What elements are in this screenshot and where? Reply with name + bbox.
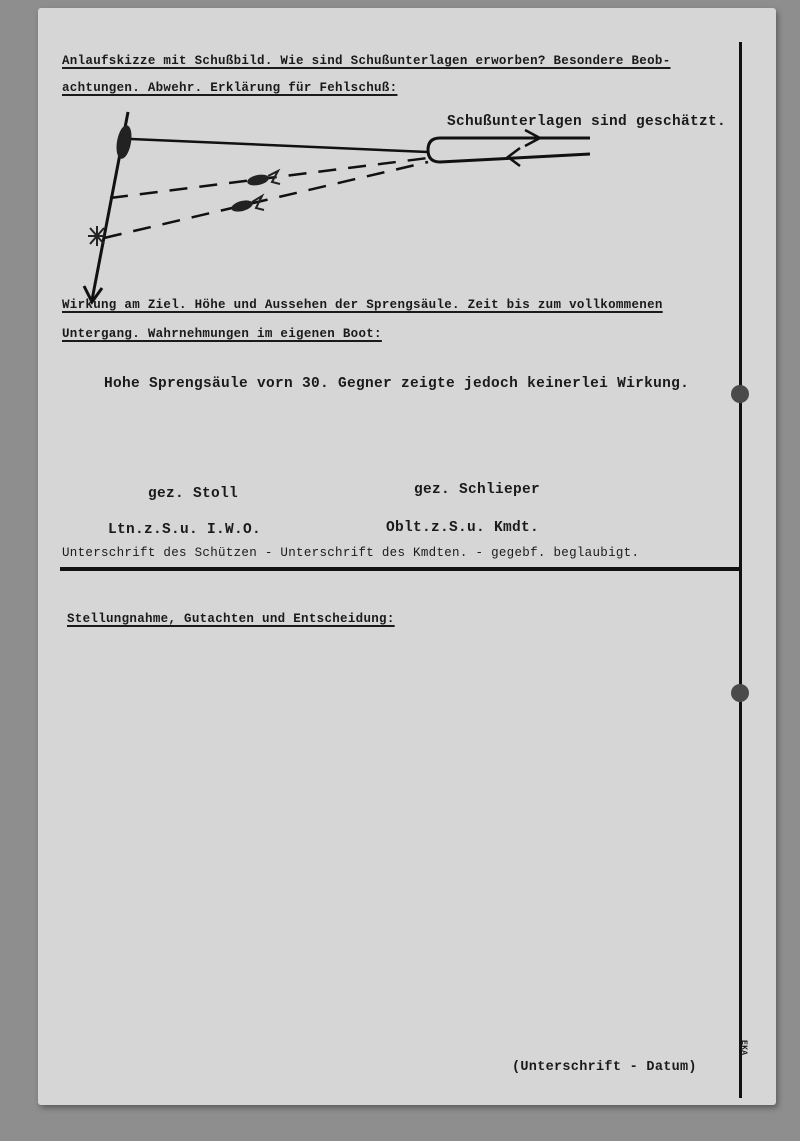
effect-prompt-line-1: Wirkung am Ziel. Höhe und Aussehen der S… [62,298,663,312]
signature-caption: Unterschrift des Schützen - Unterschrift… [62,546,639,560]
punch-hole-icon [731,684,749,702]
commander-signature: gez. Schlieper [414,482,540,498]
margin-mark: EKA [739,1040,748,1055]
sketch-annotation: Schußunterlagen sind geschätzt. [447,114,726,130]
torpedo-icon [246,171,280,187]
effect-prompt-line-2: Untergang. Wahrnehmungen im eigenen Boot… [62,327,382,341]
shooter-signature: gez. Stoll [148,486,238,502]
effect-answer: Hohe Sprengsäule vorn 30. Gegner zeigte … [104,376,689,392]
section-divider [60,567,742,571]
commander-rank: Oblt.z.S.u. Kmdt. [386,520,539,536]
explosion-icon [88,226,106,246]
shooter-rank: Ltn.z.S.u. I.W.O. [108,522,261,538]
torpedo-icon [230,196,264,214]
punch-hole-icon [731,385,749,403]
attack-sketch [0,0,800,320]
decision-title: Stellungnahme, Gutachten und Entscheidun… [67,612,395,626]
signature-date-caption: (Unterschrift - Datum) [512,1060,697,1075]
